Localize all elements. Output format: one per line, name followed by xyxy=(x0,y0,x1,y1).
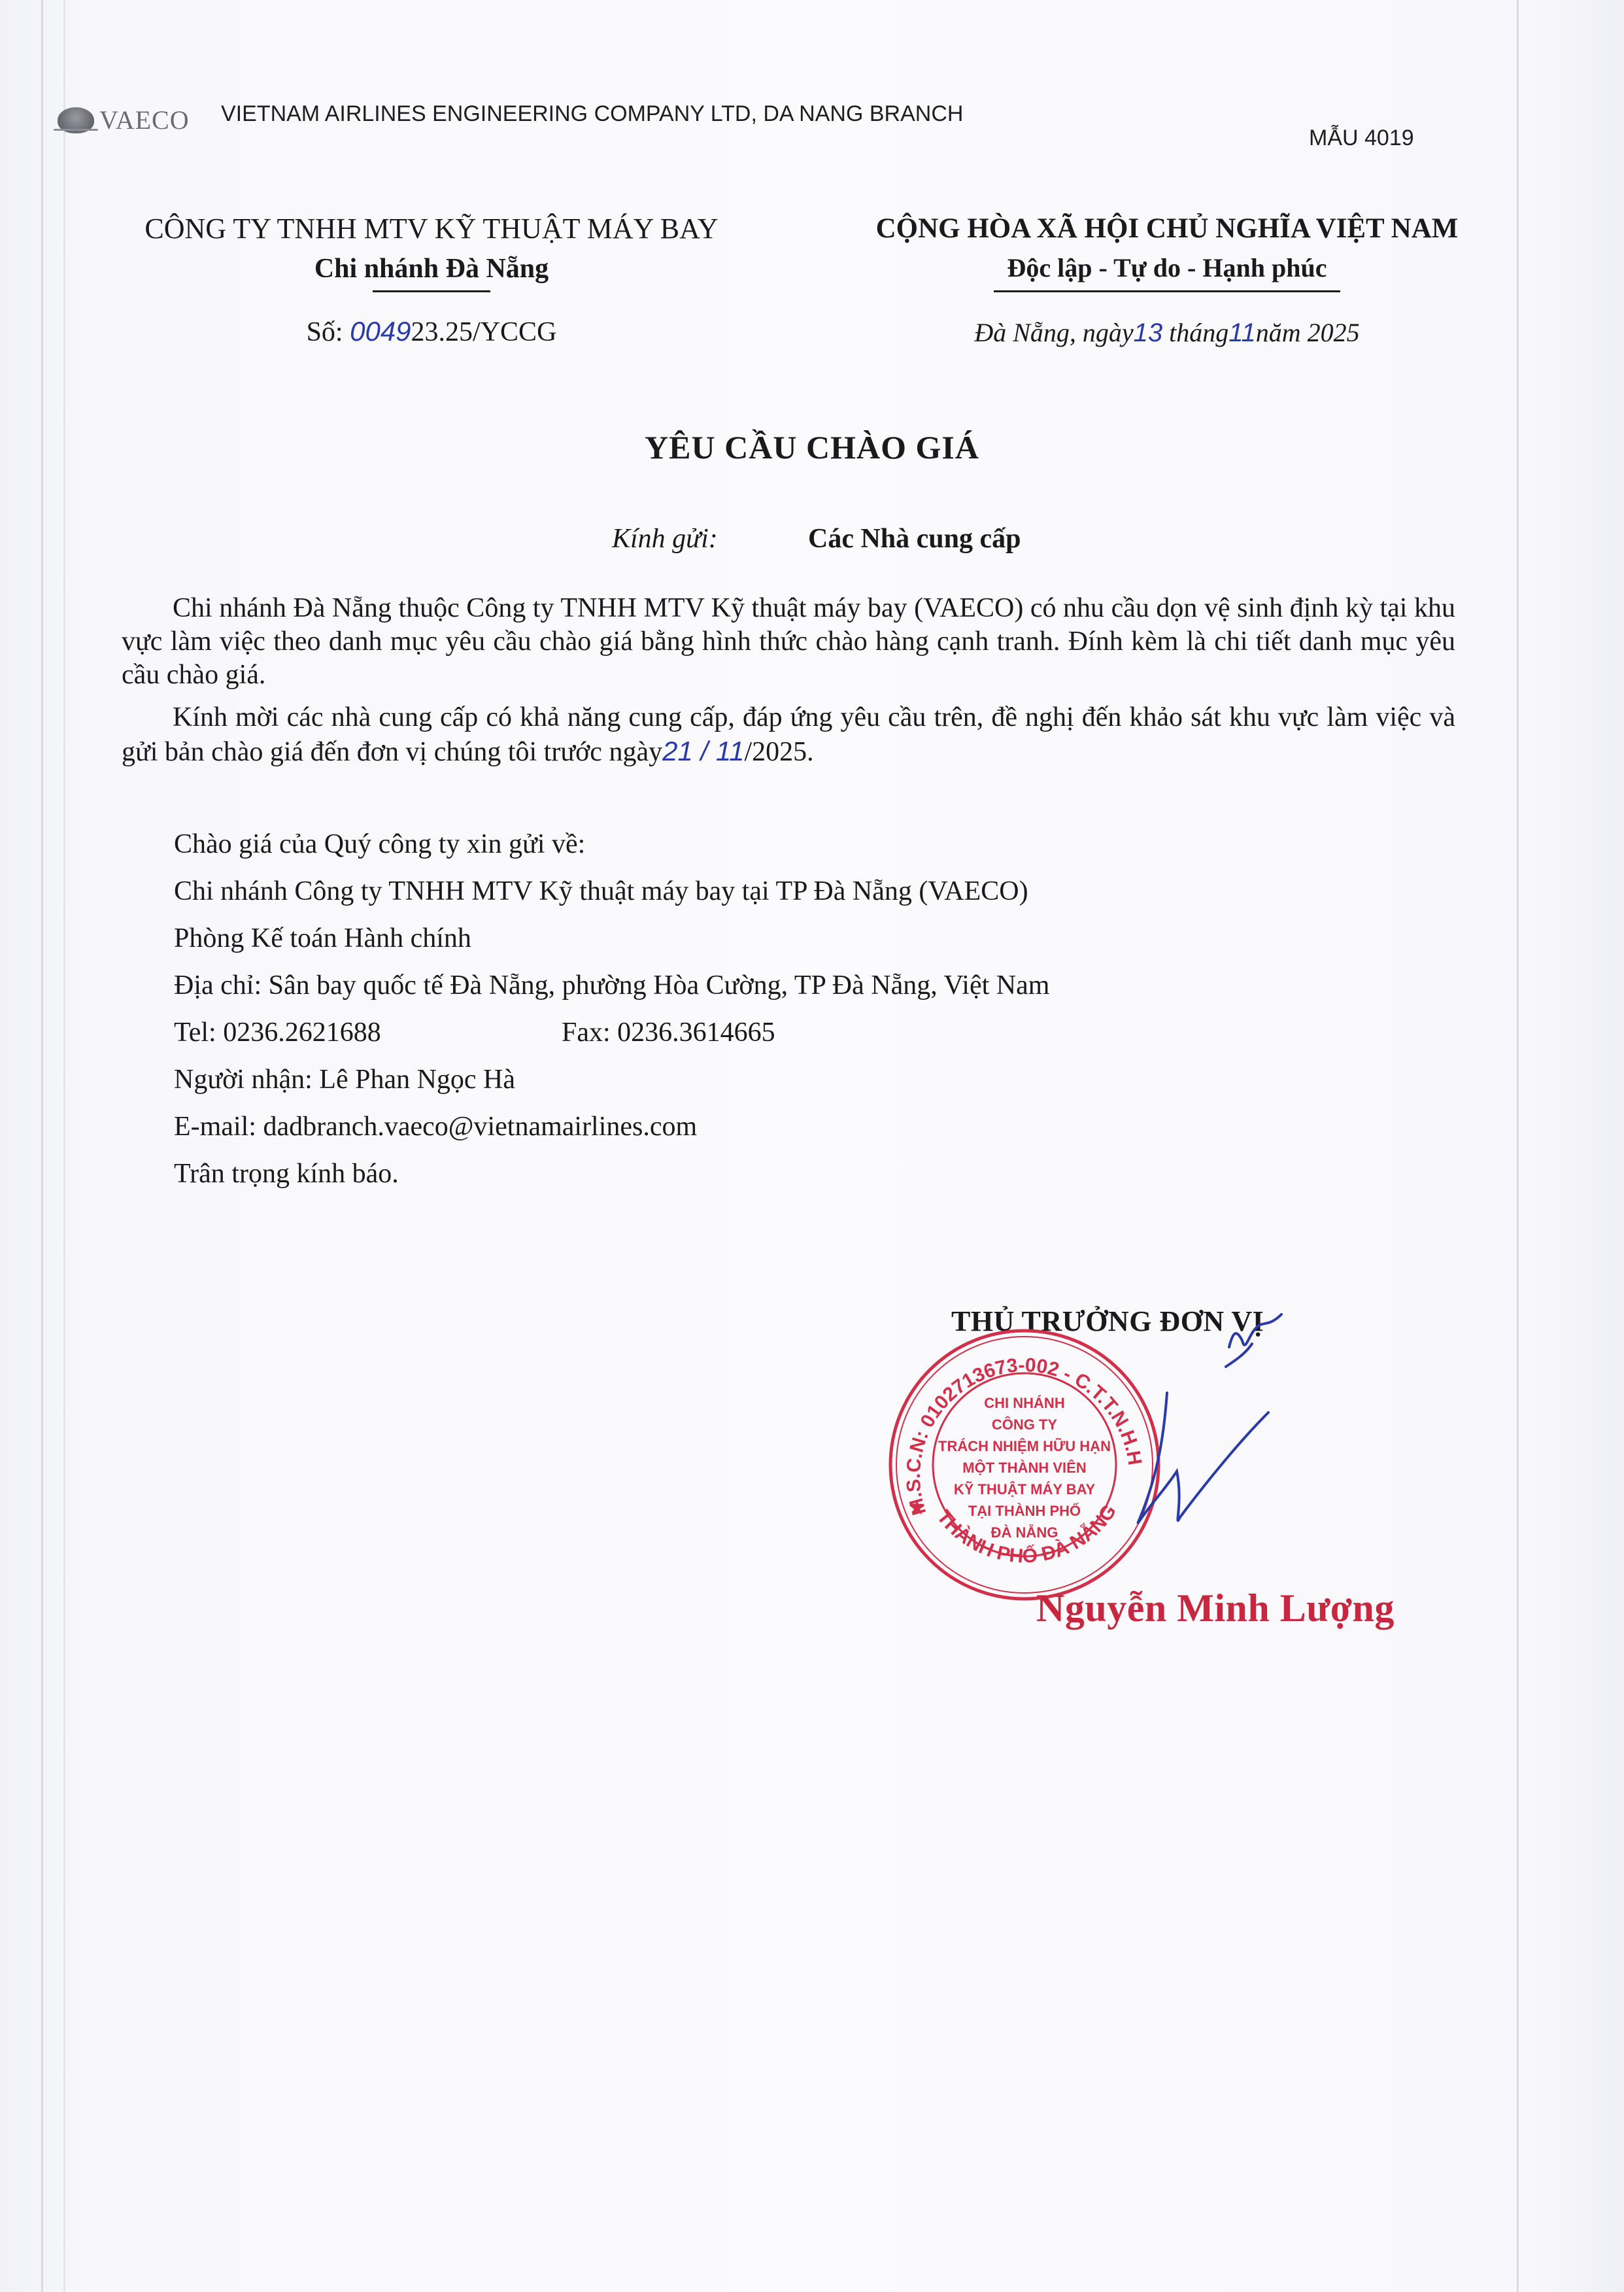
handwritten-signature-icon xyxy=(1111,1308,1334,1582)
svg-text:CÔNG TY: CÔNG TY xyxy=(992,1416,1058,1433)
scan-artifact-line xyxy=(1517,0,1519,2292)
contact-fax: Fax: 0236.3614665 xyxy=(562,1009,775,1056)
contact-phone-fax: Tel: 0236.2621688 Fax: 0236.3614665 xyxy=(174,1009,1416,1056)
ref-prefix: Số: xyxy=(307,317,350,347)
contact-email[interactable]: E-mail: dadbranch.vaeco@vietnamairlines.… xyxy=(174,1103,1416,1150)
sender-branch: Chi nhánh Đà Nẵng xyxy=(78,248,785,289)
contact-organization: Chi nhánh Công ty TNHH MTV Kỹ thuật máy … xyxy=(174,868,1416,915)
date-place: Đà Nẵng, ngày xyxy=(974,318,1133,347)
vaeco-emblem-icon xyxy=(58,107,94,133)
deadline-year: /2025. xyxy=(744,737,813,767)
national-motto: Độc lập - Tự do - Hạnh phúc xyxy=(843,248,1491,288)
form-code: MẪU 4019 xyxy=(1309,126,1414,151)
salutation: Kính gửi: Các Nhà cung cấp xyxy=(612,523,1021,555)
contact-block: Chào giá của Quý công ty xin gửi về: Chi… xyxy=(174,821,1416,1197)
sender-header: CÔNG TY TNHH MTV KỸ THUẬT MÁY BAY Chi nh… xyxy=(78,209,785,348)
contact-tel: Tel: 0236.2621688 xyxy=(174,1009,562,1056)
date-year: năm 2025 xyxy=(1256,318,1360,347)
vaeco-logo: VAECO xyxy=(58,105,190,135)
ref-handwritten: 0049 xyxy=(350,316,411,347)
document-page: VAECO VIETNAM AIRLINES ENGINEERING COMPA… xyxy=(0,0,1624,2292)
ref-suffix: 23.25/YCCG xyxy=(411,317,557,347)
divider xyxy=(994,290,1340,292)
svg-text:★: ★ xyxy=(909,1497,925,1518)
deadline-separator: / xyxy=(693,736,716,766)
svg-text:KỸ THUẬT MÁY BAY: KỸ THUẬT MÁY BAY xyxy=(954,1481,1096,1497)
salutation-label: Kính gửi: xyxy=(612,523,808,555)
divider xyxy=(373,290,490,292)
svg-text:TẠI THÀNH PHỐ: TẠI THÀNH PHỐ xyxy=(968,1502,1081,1519)
paragraph-invitation: Kính mời các nhà cung cấp có khả năng cu… xyxy=(122,701,1455,769)
company-name-english: VIETNAM AIRLINES ENGINEERING COMPANY LTD… xyxy=(221,99,1006,128)
svg-text:CHI NHÁNH: CHI NHÁNH xyxy=(984,1395,1064,1411)
national-header: CỘNG HÒA XÃ HỘI CHỦ NGHĨA VIỆT NAM Độc l… xyxy=(843,209,1491,348)
scan-artifact-line xyxy=(41,0,43,2292)
svg-text:TRÁCH NHIỆM HỮU HẠN: TRÁCH NHIỆM HỮU HẠN xyxy=(938,1438,1111,1454)
closing-line: Trân trọng kính báo. xyxy=(174,1150,1416,1197)
contact-address: Địa chỉ: Sân bay quốc tế Đà Nẵng, phường… xyxy=(174,962,1416,1009)
reference-number: Số: 004923.25/YCCG xyxy=(78,316,785,348)
body-text: Chi nhánh Đà Nẵng thuộc Công ty TNHH MTV… xyxy=(122,592,1455,778)
date-month: 11 xyxy=(1228,318,1256,347)
salutation-recipient: Các Nhà cung cấp xyxy=(808,523,1021,555)
country-name: CỘNG HÒA XÃ HỘI CHỦ NGHĨA VIỆT NAM xyxy=(843,209,1491,248)
svg-text:MỘT THÀNH VIÊN: MỘT THÀNH VIÊN xyxy=(962,1460,1086,1476)
document-title: YÊU CẦU CHÀO GIÁ xyxy=(0,428,1624,466)
contact-intro: Chào giá của Quý công ty xin gửi về: xyxy=(174,821,1416,868)
contact-person: Người nhận: Lê Phan Ngọc Hà xyxy=(174,1056,1416,1103)
date-day: 13 xyxy=(1134,318,1163,347)
signer-name: Nguyễn Minh Lượng xyxy=(1036,1586,1395,1631)
svg-text:ĐÀ NẴNG: ĐÀ NẴNG xyxy=(991,1524,1058,1541)
document-date: Đà Nẵng, ngày13 tháng11năm 2025 xyxy=(843,317,1491,348)
logo-text: VAECO xyxy=(99,105,190,135)
paragraph-request: Chi nhánh Đà Nẵng thuộc Công ty TNHH MTV… xyxy=(122,592,1455,692)
deadline-day: 21 xyxy=(662,736,693,766)
contact-department: Phòng Kế toán Hành chính xyxy=(174,915,1416,962)
scan-artifact-line xyxy=(63,0,65,2292)
deadline-month: 11 xyxy=(716,736,745,766)
date-month-label: tháng xyxy=(1162,318,1228,347)
sender-org-name: CÔNG TY TNHH MTV KỸ THUẬT MÁY BAY xyxy=(78,209,785,248)
